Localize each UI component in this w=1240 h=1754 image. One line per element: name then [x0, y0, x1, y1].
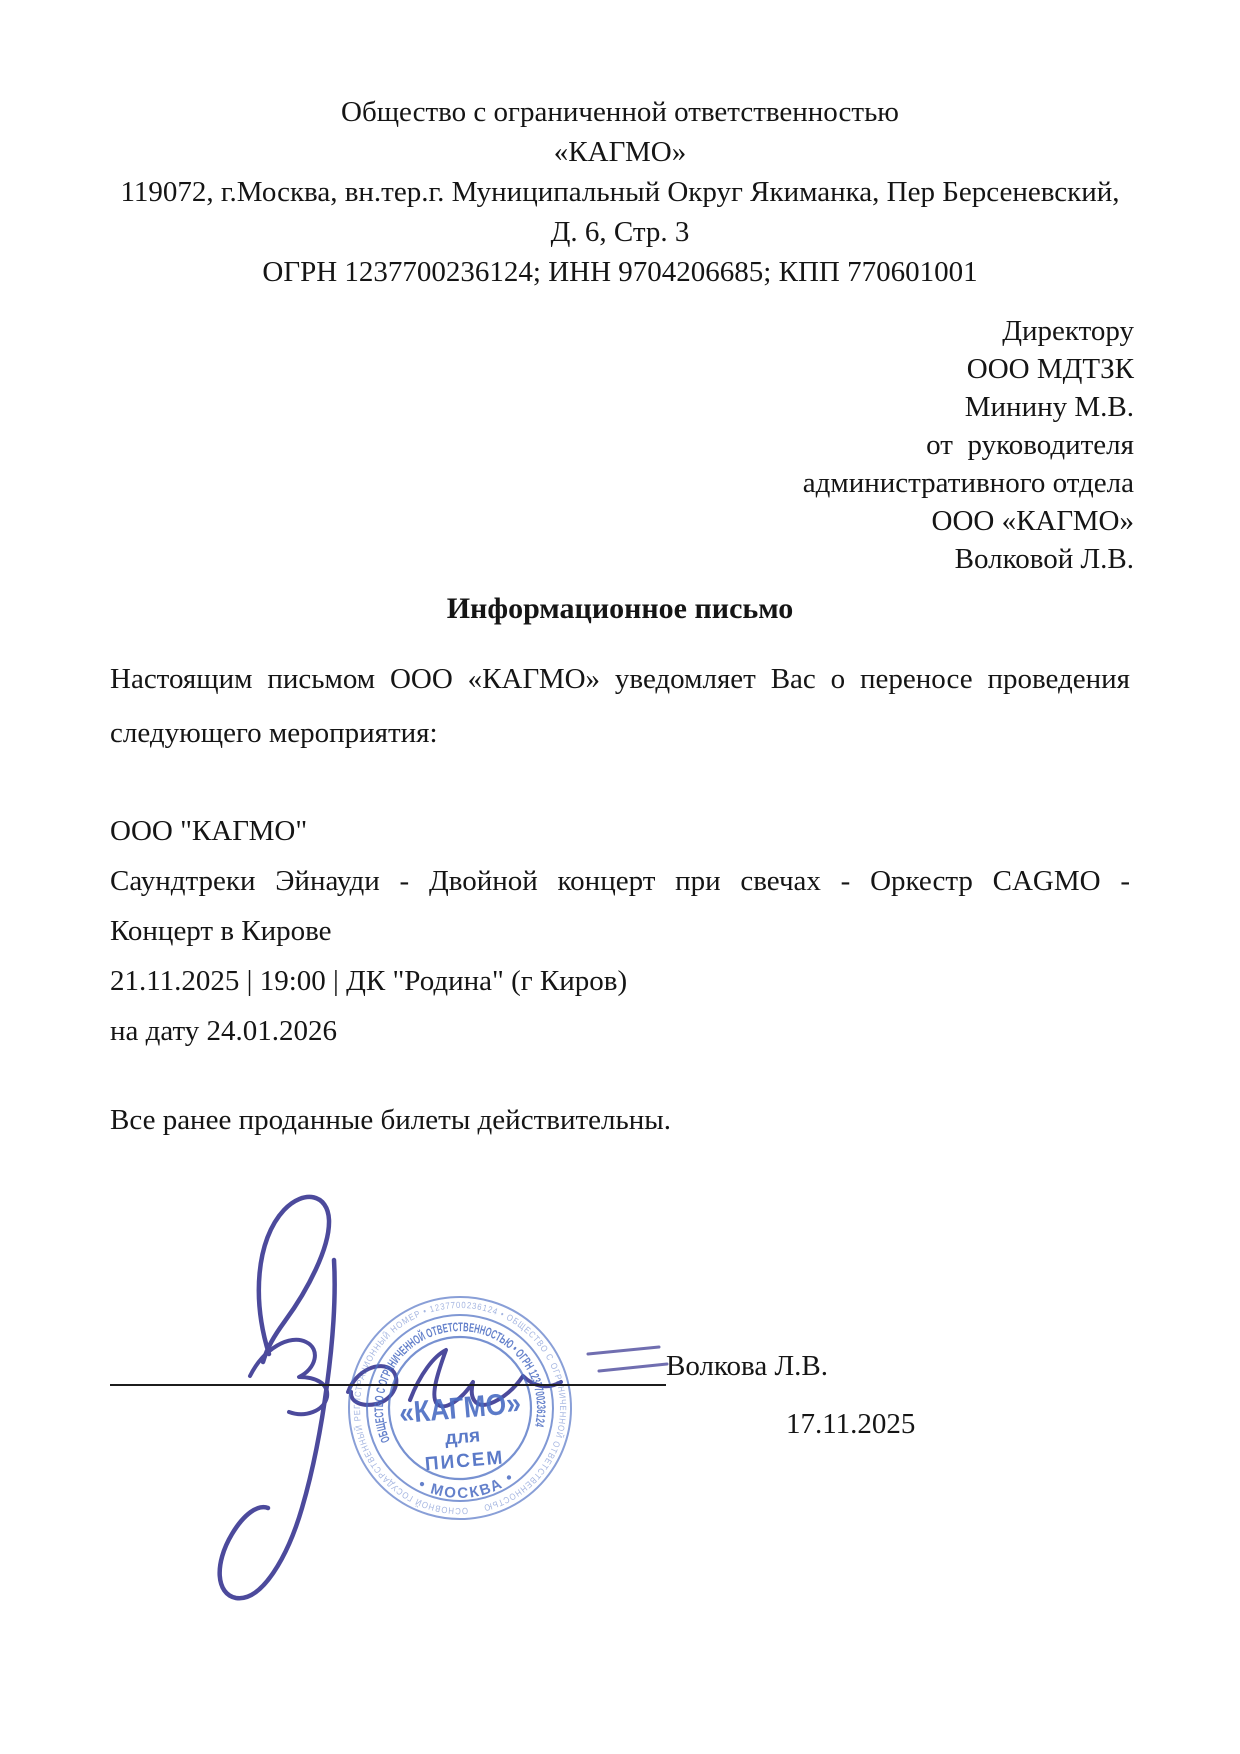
- signature-line: [110, 1384, 666, 1386]
- company-stamp: ОСНОВНОЙ ГОСУДАРСТВЕННЫЙ РЕГИСТРАЦИОННЫЙ…: [338, 1286, 582, 1530]
- letterhead-org-type: Общество с ограниченной ответственностью: [110, 92, 1130, 132]
- intro-line: следующего мероприятия:: [110, 706, 1130, 760]
- letter-page: Общество с ограниченной ответственностью…: [0, 0, 1240, 1754]
- signature-stroke: [588, 1347, 667, 1371]
- signature-stroke: [259, 1197, 329, 1362]
- recipient-line: Директору: [803, 312, 1134, 350]
- recipient-line: от руководителя: [803, 426, 1134, 464]
- event-organizer: ООО "КАГМО": [110, 806, 1130, 856]
- letterhead: Общество с ограниченной ответственностью…: [110, 92, 1130, 292]
- event-new-date: на дату 24.01.2026: [110, 1006, 1130, 1056]
- recipient-block: Директору ООО МДТЗК Минину М.В. от руков…: [803, 312, 1134, 578]
- recipient-line: ООО «КАГМО»: [803, 502, 1134, 540]
- event-original-datetime: 21.11.2025 | 19:00 | ДК "Родина" (г Киро…: [110, 956, 1130, 1006]
- recipient-line: Волковой Л.В.: [803, 540, 1134, 578]
- letterhead-address-line2: Д. 6, Стр. 3: [110, 212, 1130, 252]
- event-details: ООО "КАГМО" Саундтреки Эйнауди - Двойной…: [110, 806, 1130, 1056]
- recipient-line: ООО МДТЗК: [803, 350, 1134, 388]
- letterhead-address-line1: 119072, г.Москва, вн.тер.г. Муниципальны…: [110, 172, 1130, 212]
- event-name-line2: Концерт в Кирове: [110, 906, 1130, 956]
- stamp-center-name: «КАГМО»: [398, 1387, 522, 1431]
- letterhead-registration: ОГРН 1237700236124; ИНН 9704206685; КПП …: [110, 252, 1130, 292]
- stamp-center-line2: для: [444, 1425, 481, 1449]
- letter-title: Информационное письмо: [110, 592, 1130, 626]
- intro-paragraph: Настоящим письмом ООО «КАГМО» уведомляет…: [110, 652, 1130, 760]
- signature-stroke: [220, 1260, 335, 1598]
- signer-name: Волкова Л.В.: [666, 1350, 828, 1383]
- letterhead-org-name: «КАГМО»: [110, 132, 1130, 172]
- intro-line: Настоящим письмом ООО «КАГМО» уведомляет…: [110, 652, 1130, 706]
- recipient-line: Минину М.В.: [803, 388, 1134, 426]
- event-name-line1: Саундтреки Эйнауди - Двойной концерт при…: [110, 856, 1130, 906]
- closing-line: Все ранее проданные билеты действительны…: [110, 1104, 1130, 1137]
- letter-date: 17.11.2025: [786, 1408, 915, 1441]
- recipient-line: административного отдела: [803, 464, 1134, 502]
